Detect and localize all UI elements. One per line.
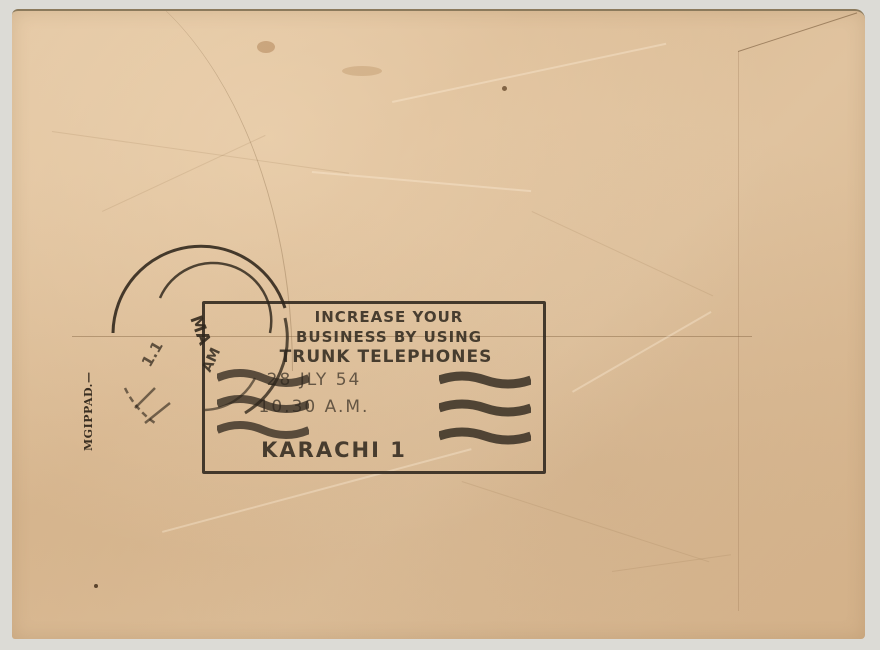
right-flap-edge	[738, 51, 739, 611]
slogan-line-3: TRUNK TELEPHONES	[229, 347, 543, 367]
wave-lines-icon	[439, 370, 531, 455]
crease	[462, 481, 710, 562]
crease	[392, 43, 666, 103]
stain	[257, 41, 275, 53]
slogan-line-2: BUSINESS BY USING	[235, 328, 543, 346]
stain	[502, 86, 507, 91]
right-flap-top-edge	[738, 12, 857, 52]
stain	[94, 584, 98, 588]
wave-lines-icon	[217, 366, 309, 451]
slogan-line-1: INCREASE YOUR	[235, 308, 543, 326]
printer-imprint: MGIPPAD.—	[82, 372, 95, 451]
envelope-back: MA 1.1 AM INCREASE YOUR BUSINESS BY USIN…	[12, 9, 865, 639]
crease	[312, 171, 531, 192]
crease	[612, 554, 731, 572]
slogan-cancel: INCREASE YOUR BUSINESS BY USING TRUNK TE…	[202, 301, 546, 474]
svg-text:1.1: 1.1	[138, 338, 167, 370]
stain	[342, 66, 382, 76]
crease	[532, 211, 714, 296]
crease	[572, 311, 712, 393]
